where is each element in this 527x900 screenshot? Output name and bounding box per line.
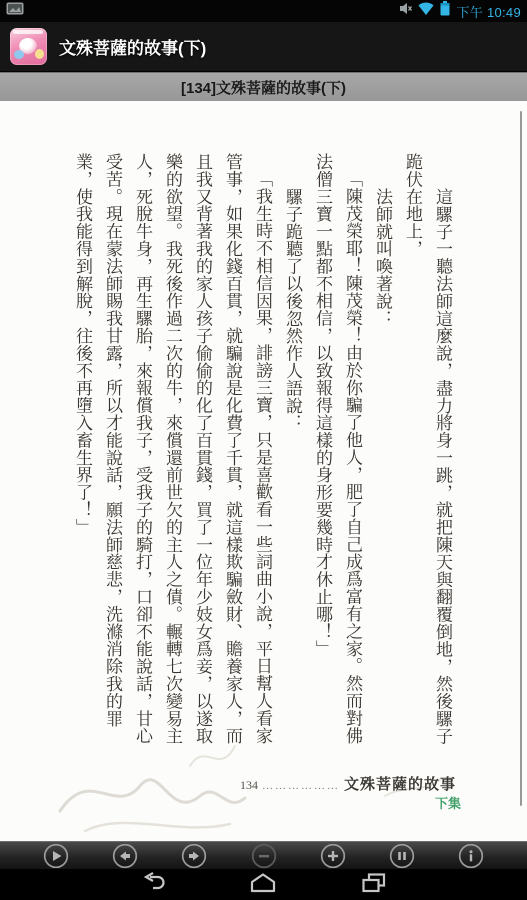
play-button[interactable] [43, 843, 69, 869]
footer-book-title: 文殊菩薩的故事 [344, 773, 456, 794]
screenshot-notification-icon[interactable] [6, 2, 24, 20]
text-column: 法師就叫喚著說： [367, 153, 397, 765]
app-icon-art [13, 30, 43, 34]
text-column: 「陳茂榮耶！陳茂榮！由於你騙了他人，肥了自己成爲富有之家。然而對佛 [337, 153, 367, 765]
text-column: 這騾子一聽法師這麼說，盡力將身一跳，就把陳天與翻覆倒地，然後騾子 [427, 153, 457, 765]
status-time: 下午 10:49 [456, 2, 521, 21]
text-column: 樂的欲望。我死後作過二次的牛，來償還前世欠的主人之債。輾轉七次變易主 [157, 153, 187, 765]
pause-button[interactable] [389, 843, 415, 869]
status-icons: 下午 10:49 [399, 1, 521, 21]
wifi-icon [418, 2, 434, 20]
book-page[interactable]: 這騾子一聽法師這麼說，盡力將身一跳，就把陳天與翻覆倒地，然後騾子跪伏在地上，法師… [0, 101, 527, 841]
home-button[interactable] [246, 872, 280, 897]
text-column: 且我又背著我的家人孩子偷偷的化了百貫錢，買了一位年少妓女爲妾，以遂取 [187, 153, 217, 765]
chapter-header-title: [134]文殊菩薩的故事(下) [181, 77, 346, 98]
page-number: 134 [240, 778, 258, 793]
reader-toolbar [0, 841, 527, 869]
app-title: 文殊菩薩的故事(下) [59, 34, 206, 59]
scrollbar[interactable] [520, 111, 522, 806]
back-button[interactable] [136, 872, 170, 897]
footer-leader-dots: ……………… [262, 780, 340, 792]
text-column: 「我生時不相信因果，誹謗三寶，只是喜歡看一些詞曲小說，平日幫人看家 [247, 153, 277, 765]
text-column: 人，死脫牛身，再生騾胎，來報償我子，受我子的騎打，口卻不能說話，甘心 [127, 153, 157, 765]
app-icon-art [35, 49, 44, 59]
app-icon-art [14, 50, 24, 59]
footer-volume-label: 下集 [435, 793, 461, 812]
previous-page-button[interactable] [112, 843, 138, 869]
page-text: 這騾子一聽法師這麼說，盡力將身一跳，就把陳天與翻覆倒地，然後騾子跪伏在地上，法師… [67, 153, 457, 765]
info-button[interactable] [458, 843, 484, 869]
mute-icon [399, 2, 412, 20]
android-navbar [0, 869, 527, 900]
chapter-header-bar: [134]文殊菩薩的故事(下) [0, 72, 527, 102]
text-column: 跪伏在地上， [397, 153, 427, 765]
zoom-in-button[interactable] [320, 843, 346, 869]
zoom-out-button[interactable] [251, 843, 277, 869]
text-column: 法僧三寶一點都不相信，以致報得這樣的身形要幾時才休止哪！」 [307, 153, 337, 765]
page-footer: 134 ……………… 文殊菩薩的故事 [240, 773, 456, 794]
battery-icon [440, 1, 450, 21]
text-column: 騾子跪聽了以後忽然作人語說： [277, 153, 307, 765]
text-column: 受苦。現在蒙法師賜我甘露，所以才能說話，願法師慈悲，洗滌消除我的罪 [97, 153, 127, 765]
tablet-screen: 下午 10:49 文殊菩薩的故事(下) [134]文殊菩薩的故事(下) 這騾子一… [0, 0, 527, 900]
app-icon[interactable] [10, 28, 47, 65]
status-bar: 下午 10:49 [0, 0, 527, 22]
recents-button[interactable] [357, 872, 391, 897]
text-column: 業，使我能得到解脫，往後不再墮入畜生界了！」 [67, 153, 97, 765]
app-bar: 文殊菩薩的故事(下) [0, 22, 527, 72]
next-page-button[interactable] [181, 843, 207, 869]
text-column: 管事，如果化錢百貫，就騙說是化費了千貫，就這樣欺騙斂財、贍養家人，而 [217, 153, 247, 765]
